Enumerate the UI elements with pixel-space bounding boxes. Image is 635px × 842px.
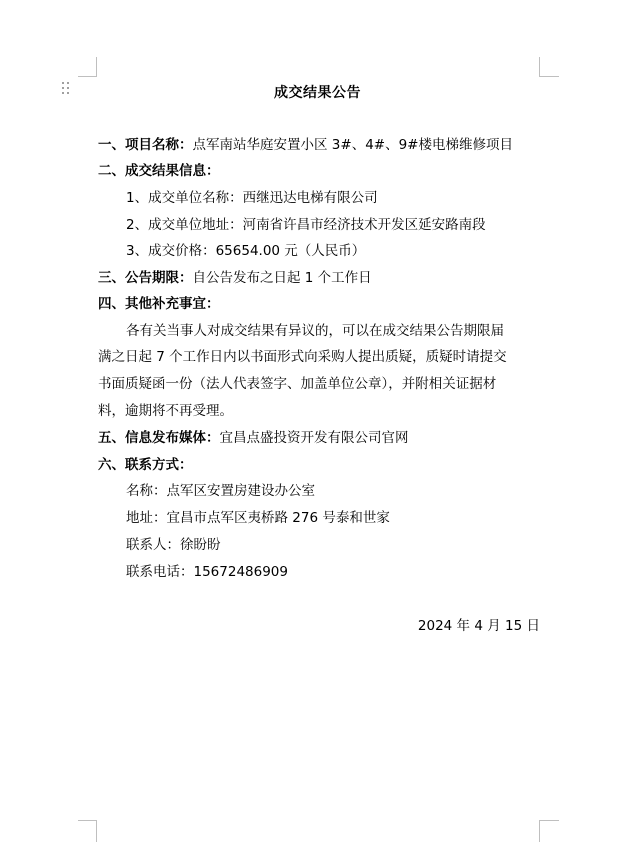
contact-item: 名称：点军区安置房建设办公室: [126, 482, 315, 500]
result-item: 2、成交单位地址：河南省许昌市经济技术开发区延安路南段: [126, 216, 486, 234]
section-project-name: 一、项目名称：点军南站华庭安置小区 3#、4#、9#楼电梯维修项目: [98, 136, 513, 154]
section-text: 自公告发布之日起 1 个工作日: [193, 270, 372, 286]
contact-item: 联系电话：15672486909: [126, 563, 288, 581]
result-item: 3、成交价格：65654.00 元（人民币）: [126, 242, 365, 260]
section-media: 五、信息发布媒体：宜昌点盛投资开发有限公司官网: [98, 429, 409, 447]
paragraph-line: 料，逾期将不再受理。: [98, 402, 233, 420]
contact-item: 联系人：徐盼盼: [126, 536, 221, 554]
section-heading: 三、公告期限：: [98, 270, 193, 286]
page-corner-bottom-left: [78, 820, 97, 842]
paragraph-line: 书面质疑函一份（法人代表签字、加盖单位公章），并附相关证据材: [98, 375, 496, 393]
paragraph-line: 满之日起 7 个工作日内以书面形式向采购人提出质疑，质疑时请提交: [98, 348, 507, 366]
paragraph-line: 各有关当事人对成交结果有异议的，可以在成交结果公告期限届: [126, 322, 504, 340]
page-corner-top-right: [539, 57, 559, 77]
section-contact-heading: 六、联系方式：: [98, 456, 193, 474]
section-heading: 五、信息发布媒体：: [98, 430, 220, 446]
result-item: 1、成交单位名称：西继迅达电梯有限公司: [126, 189, 378, 207]
document-date: 2024 年 4 月 15 日: [418, 617, 540, 635]
section-period: 三、公告期限：自公告发布之日起 1 个工作日: [98, 269, 372, 287]
section-other-heading: 四、其他补充事宜：: [98, 295, 220, 313]
section-text: 点军南站华庭安置小区 3#、4#、9#楼电梯维修项目: [193, 137, 514, 153]
document-title: 成交结果公告: [0, 82, 635, 102]
section-heading: 一、项目名称：: [98, 137, 193, 153]
page-corner-top-left: [78, 57, 97, 77]
section-result-heading: 二、成交结果信息：: [98, 162, 220, 180]
contact-item: 地址：宜昌市点军区夷桥路 276 号泰和世家: [126, 509, 390, 527]
section-text: 宜昌点盛投资开发有限公司官网: [220, 430, 409, 446]
page-corner-bottom-right: [539, 820, 559, 842]
